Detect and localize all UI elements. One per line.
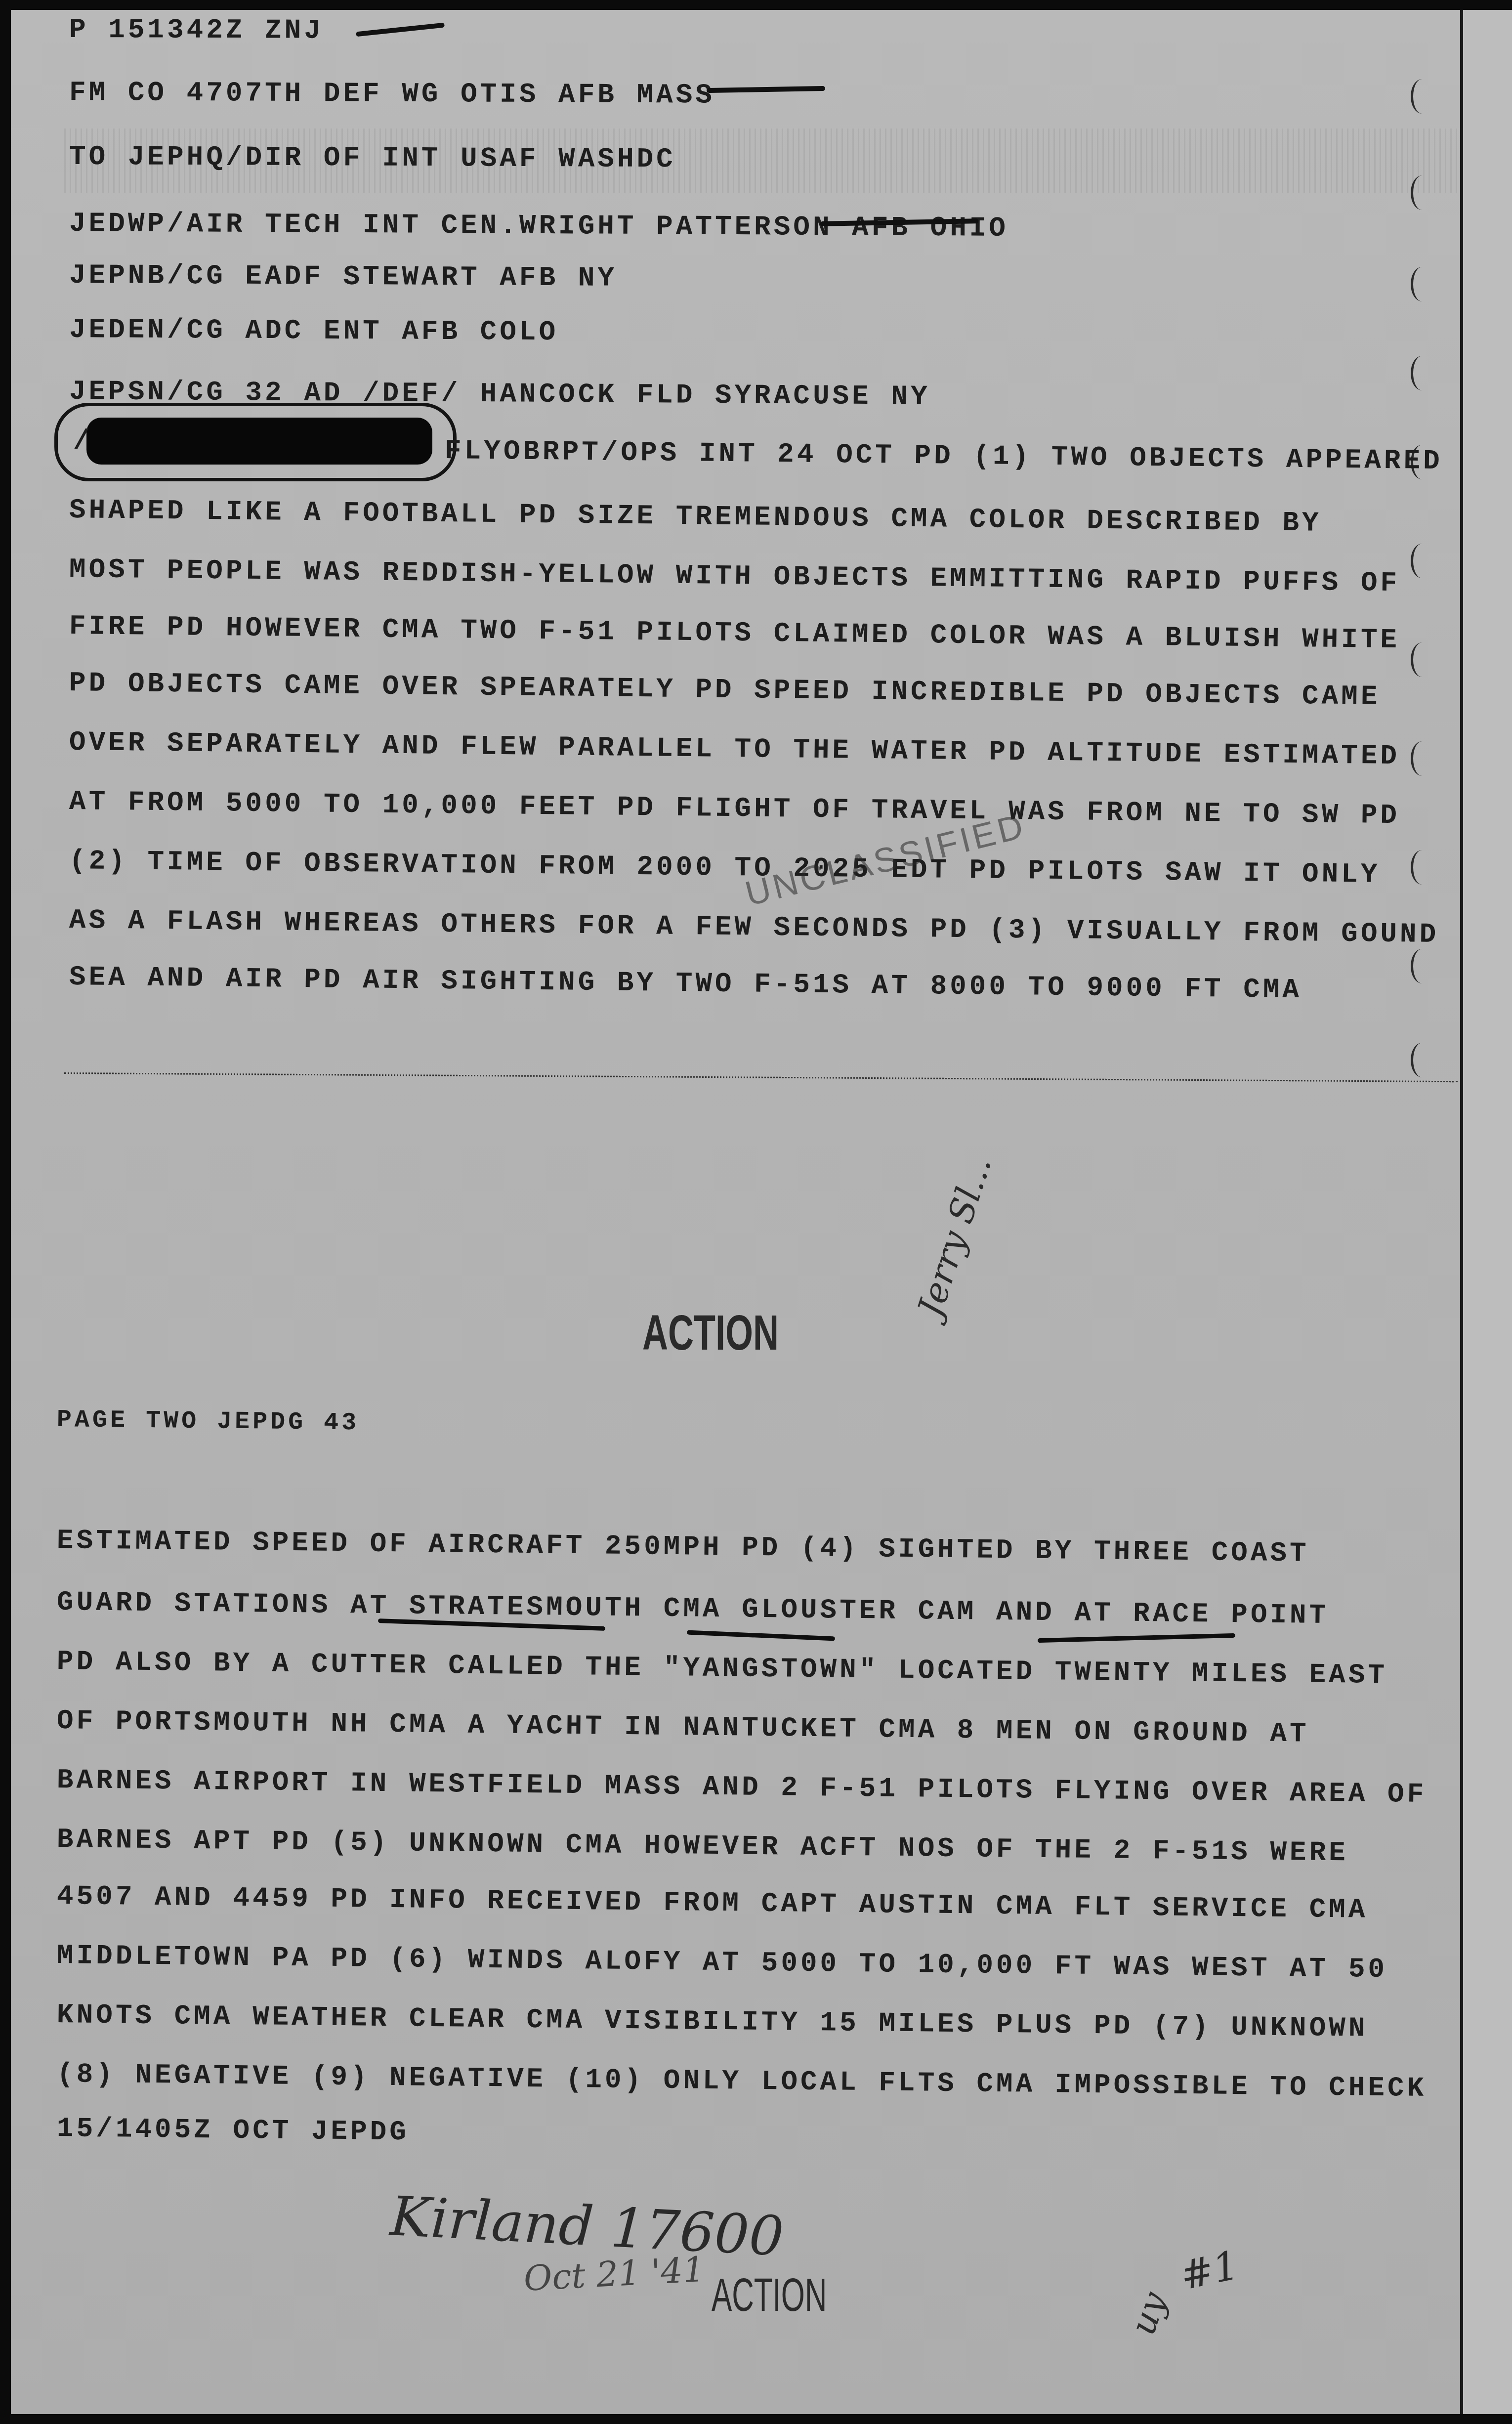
redaction-prefix: / [73, 425, 93, 457]
precedence-line: P 151342Z ZNJ [69, 14, 324, 46]
punch-hole-icon [1411, 79, 1433, 114]
teletype-page [11, 10, 1471, 2414]
punch-hole-icon [1411, 356, 1433, 390]
page2-line-11: 15/1405Z OCT JEPDG [57, 2113, 410, 2148]
page-two-header: PAGE TWO JEPDG 43 [57, 1406, 360, 1437]
punch-hole-icon [1411, 741, 1433, 776]
punch-hole-icon [1411, 267, 1433, 301]
paper-edge-strip [1460, 10, 1512, 2414]
action-stamp: ACTION [642, 1305, 779, 1361]
action-stamp-bottom: ACTION [712, 2268, 827, 2322]
punch-hole-icon [1411, 642, 1433, 677]
to-line-3: JEPNB/CG EADF STEWART AFB NY [69, 259, 617, 294]
punch-hole-icon [1411, 544, 1433, 578]
to-line-2: JEDWP/AIR TECH INT CEN.WRIGHT PATTERSON … [69, 208, 1008, 244]
redaction-block [86, 418, 432, 465]
to-line-4: JEDEN/CG ADC ENT AFB COLO [69, 314, 558, 348]
punch-hole-icon [1411, 949, 1433, 983]
punch-hole-icon [1411, 1043, 1433, 1077]
punch-hole-icon [1411, 175, 1433, 210]
punch-hole-icon [1411, 850, 1433, 885]
from-line: FM CO 4707TH DEF WG OTIS AFB MASS [69, 77, 715, 111]
to-line-1: TO JEPHQ/DIR OF INT USAF WASHDC [69, 141, 676, 175]
